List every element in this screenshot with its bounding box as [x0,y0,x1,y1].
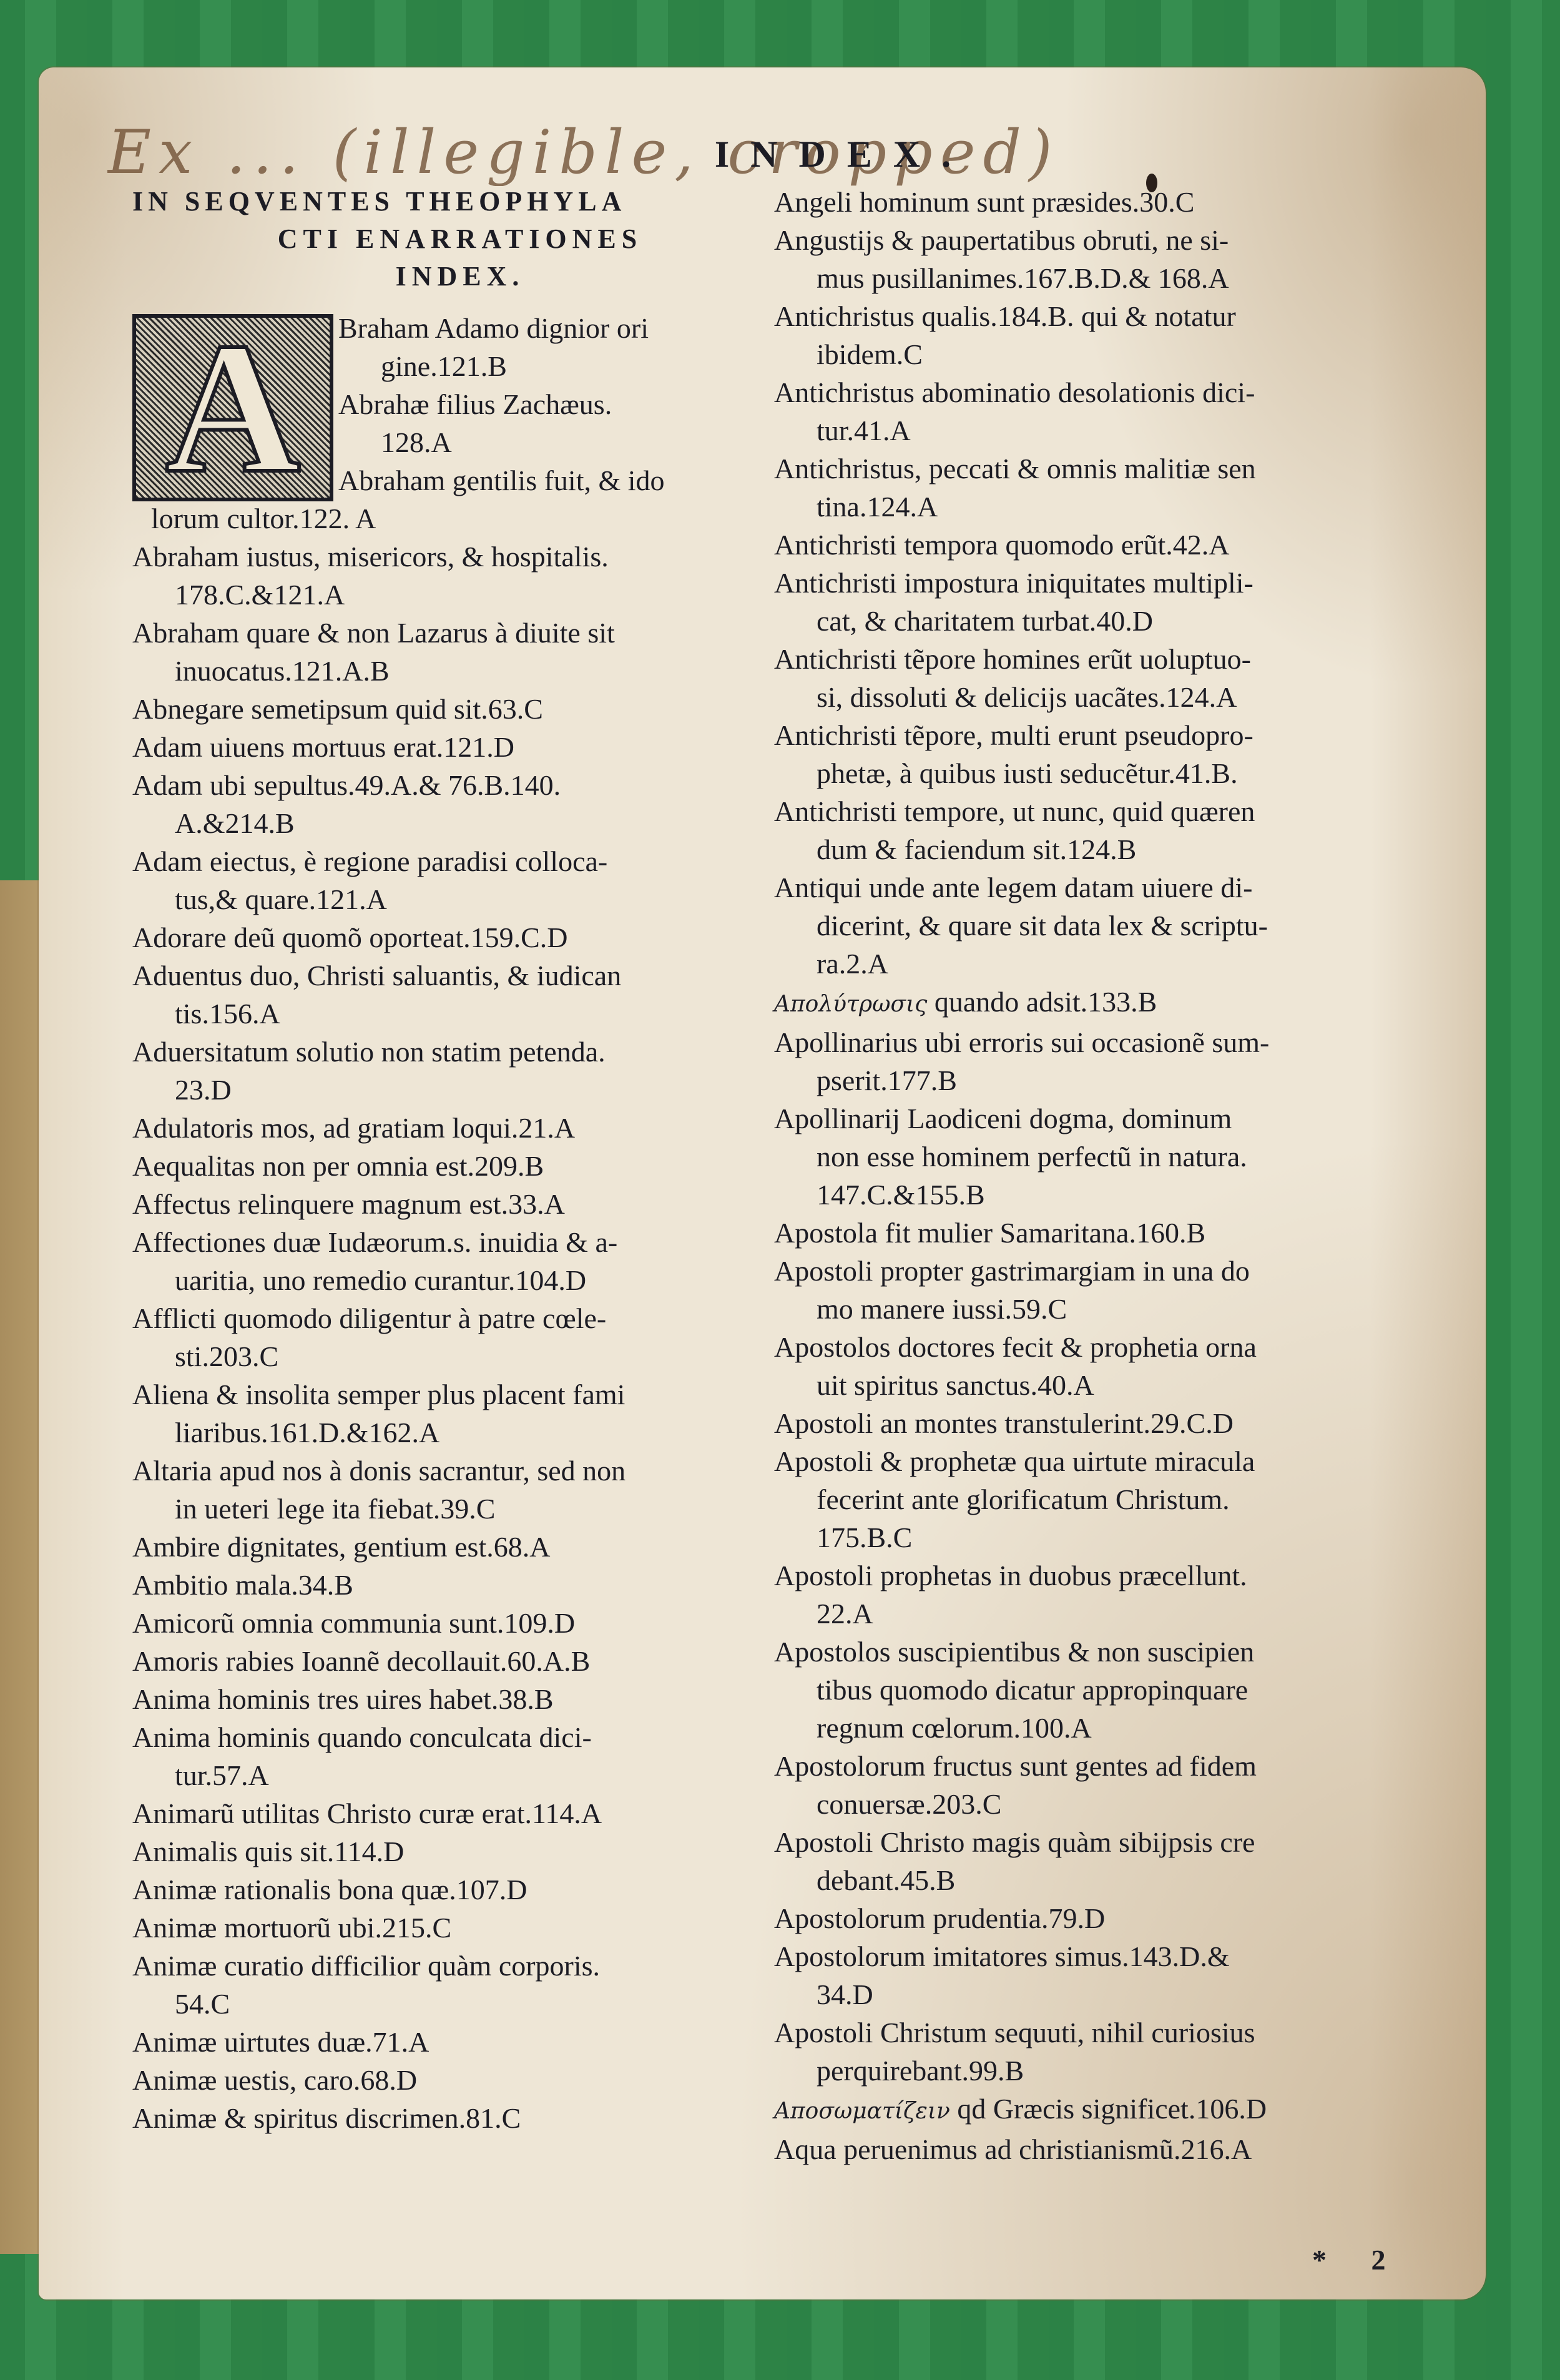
index-entry: Abraham quare & non Lazarus à diuite sit… [132,614,788,690]
index-entry: Angeli hominum sunt præsides.30.C [774,183,1467,221]
index-entry: Abnegare semetipsum quid sit.63.C [132,690,788,728]
index-entry: Apollinarius ubi erroris sui occasionẽ s… [774,1023,1467,1099]
left-column: IN SEQVENTES THEOPHYLA CTI ENARRATIONES … [132,183,788,2137]
index-entry: Altaria apud nos à donis sacrantur, sed … [132,1452,788,1528]
index-entry: Apostolorum prudentia.79.D [774,1899,1467,1937]
index-heading: IN SEQVENTES THEOPHYLA CTI ENARRATIONES … [132,183,788,295]
index-entry: Animarũ utilitas Christo curæ erat.114.A [132,1794,788,1832]
index-entry: Adorare deũ quomõ oporteat.159.C.D [132,918,788,956]
index-entry: Amoris rabies Ioannẽ decollauit.60.A.B [132,1642,788,1680]
index-entry: Animæ & spiritus discrimen.81.C [132,2099,788,2137]
index-entry: Apostola fit mulier Samaritana.160.B [774,1214,1467,1252]
index-entry: Adam uiuens mortuus erat.121.D [132,728,788,766]
index-entry: Antichristi tempora quomodo erũt.42.A [774,526,1467,564]
index-entry: Anima hominis tres uires habet.38.B [132,1680,788,1718]
index-entry: Apostoli prophetas in duobus præcellunt.… [774,1556,1467,1633]
index-entry: Apostolos suscipientibus & non suscipien… [774,1633,1467,1747]
index-entry: Aqua peruenimus ad christianismũ.216.A [774,2130,1467,2168]
initial-section: A Braham Adamo dignior ori gine.121.B Ab… [132,309,788,538]
heading-line-2: CTI ENARRATIONES [132,220,788,258]
index-entry: Animæ rationalis bona quæ.107.D [132,1871,788,1909]
index-entry: Antichristus qualis.184.B. qui & notatur… [774,297,1467,373]
index-entry: Abraham iustus, misericors, & hospitalis… [132,538,788,614]
index-entry: Apostolorum imitatores simus.143.D.&34.D [774,1937,1467,2014]
index-entry: Animalis quis sit.114.D [132,1832,788,1871]
index-entry: Angustijs & paupertatibus obruti, ne si-… [774,221,1467,297]
index-entry: Antichristi tempore, ut nunc, quid quære… [774,792,1467,868]
index-entry: Animæ curatio difficilior quàm corporis.… [132,1947,788,2023]
index-entry: Ambire dignitates, gentium est.68.A [132,1528,788,1566]
index-entry: Abrahæ filius Zachæus. 128.A [338,385,788,461]
index-entry: Affectiones duæ Iudæorum.s. inuidia & a-… [132,1223,788,1299]
page-header: INDEX. [39,133,1486,176]
index-entry: Abraham gentilis fuit, & ido [338,461,788,499]
index-entry: Aliena & insolita semper plus placent fa… [132,1375,788,1452]
index-entry: Braham Adamo dignior ori gine.121.B [338,309,788,385]
index-entry: Afflicti quomodo diligentur à patre cœle… [132,1299,788,1375]
book-page: Ex ... (illegible, cropped) INDEX. IN SE… [39,67,1486,2299]
index-entry: Apostoli Christo magis quàm sibijpsis cr… [774,1823,1467,1899]
index-entry: Adam ubi sepultus.49.A.& 76.B.140.A.&214… [132,766,788,842]
index-entry: Affectus relinquere magnum est.33.A [132,1185,788,1223]
heading-line-1: IN SEQVENTES THEOPHYLA [132,183,788,220]
signature-mark: * 2 [1312,2243,1405,2276]
index-entry: Apollinarij Laodiceni dogma, dominumnon … [774,1099,1467,1214]
index-entry: Aequalitas non per omnia est.209.B [132,1147,788,1185]
index-entry: Antichristus, peccati & omnis malitiæ se… [774,450,1467,526]
heading-line-3: INDEX. [132,258,788,295]
index-entry: Apostoli an montes transtulerint.29.C.D [774,1404,1467,1442]
right-column: Angeli hominum sunt præsides.30.CAngusti… [774,183,1467,2168]
right-entry-list: Angeli hominum sunt præsides.30.CAngusti… [774,183,1467,2168]
index-entry: Antiqui unde ante legem datam uiuere di-… [774,868,1467,983]
index-entry: Animæ uirtutes duæ.71.A [132,2023,788,2061]
index-entry: Apostoli & prophetæ qua uirtute miracula… [774,1442,1467,1556]
index-entry: Animæ uestis, caro.68.D [132,2061,788,2099]
index-entry: Adulatoris mos, ad gratiam loqui.21.A [132,1109,788,1147]
index-entry: Apostoli propter gastrimargiam in una do… [774,1252,1467,1328]
index-entry: Apostoli Christum sequuti, nihil curiosi… [774,2014,1467,2090]
index-entry: Antichristus abominatio desolationis dic… [774,373,1467,450]
index-entry: Anima hominis quando conculcata dici-tur… [132,1718,788,1794]
index-entry: Antichristi tẽpore, multi erunt pseudopr… [774,716,1467,792]
index-entry: Adam eiectus, è regione paradisi colloca… [132,842,788,918]
index-entry: Aduentus duo, Christi saluantis, & iudic… [132,956,788,1033]
index-entry: Animæ mortuorũ ubi.215.C [132,1909,788,1947]
index-entry: Apostolos doctores fecit & prophetia orn… [774,1328,1467,1404]
index-entry: Ambitio mala.34.B [132,1566,788,1604]
index-entry: Aduersitatum solutio non statim petenda.… [132,1033,788,1109]
drop-cap-letter: A [165,314,301,501]
greek-term: Απολύτρωσις [774,991,927,1017]
index-entry: Antichristi impostura iniquitates multip… [774,564,1467,640]
woodcut-initial-icon: A [132,314,333,501]
greek-term: Αποσωματίζειν [774,2098,950,2124]
left-entry-list: Abraham iustus, misericors, & hospitalis… [132,538,788,2137]
index-entry: Apostolorum fructus sunt gentes ad fidem… [774,1747,1467,1823]
index-entry: Αποσωματίζειν qd Græcis significet.106.D [774,2090,1467,2130]
index-entry: Amicorũ omnia communia sunt.109.D [132,1604,788,1642]
index-entry: Antichristi tẽpore homines erũt uoluptuo… [774,640,1467,716]
index-entry: Απολύτρωσις quando adsit.133.B [774,983,1467,1023]
